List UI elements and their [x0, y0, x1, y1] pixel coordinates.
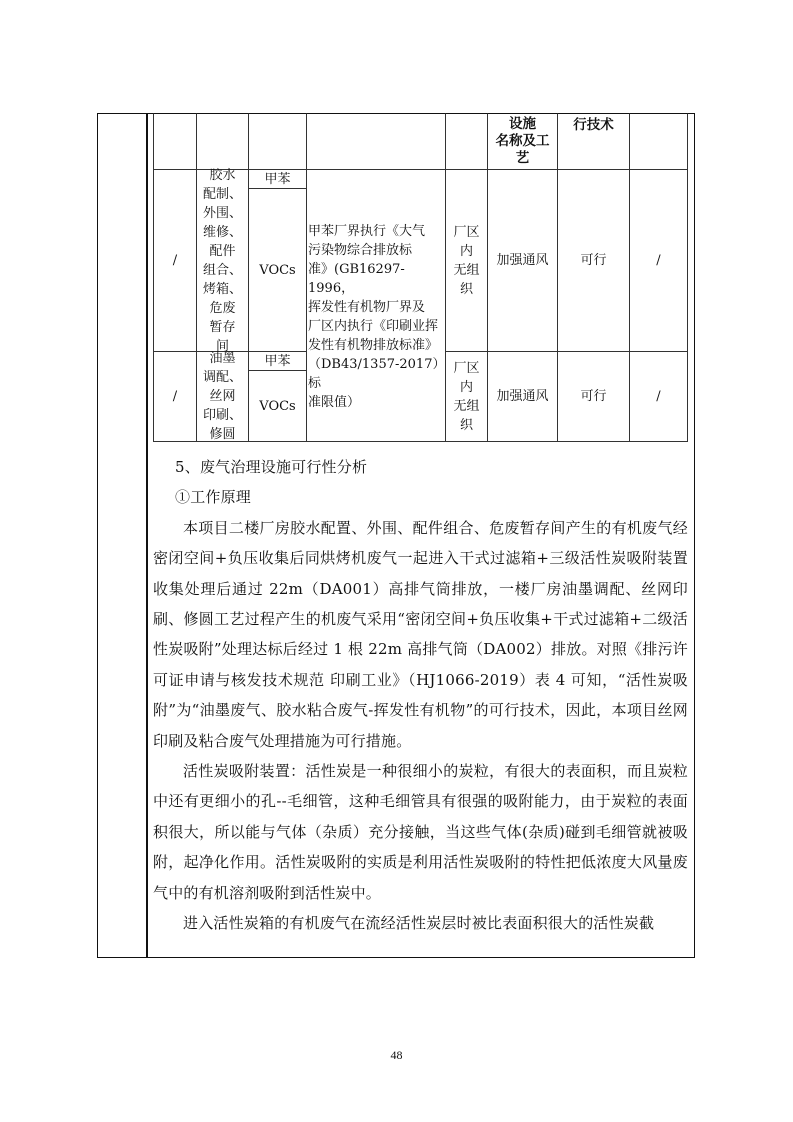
row2-index: /	[153, 352, 197, 442]
row1-pollutant-toluene: 甲苯	[249, 170, 307, 189]
row2-last: /	[630, 352, 688, 442]
row2-source-type: 厂区 内 无组 织	[446, 352, 488, 442]
page-number: 48	[0, 1048, 793, 1063]
header-cell-1	[153, 113, 197, 170]
row2-feasible: 可行	[558, 352, 630, 442]
emission-control-table: 设施 名称及工 艺 行技术 / 胶水 配制、 外围、 维修、 配件 组合、 烤箱…	[153, 113, 688, 442]
header-facility-name: 设施 名称及工 艺	[488, 113, 558, 170]
row1-process: 胶水 配制、 外围、 维修、 配件 组合、 烤箱、 危废 暂存 间	[197, 170, 249, 352]
row2-process: 油墨 调配、 丝网 印刷、 修圆	[197, 352, 249, 442]
row1-feasible: 可行	[558, 170, 630, 352]
row2-pollutant-vocs: VOCs	[249, 371, 307, 442]
row2-measure: 加强通风	[488, 352, 558, 442]
header-cell-4	[307, 113, 446, 170]
row1-measure: 加强通风	[488, 170, 558, 352]
paragraph-activated-carbon: 活性炭吸附装置：活性炭是一种很细小的炭粒，有很大的表面积，而且炭粒中还有更细小的…	[153, 756, 688, 908]
analysis-section: 5、废气治理设施可行性分析 ①工作原理 本项目二楼厂房胶水配置、外围、配件组合、…	[153, 452, 688, 939]
row1-last: /	[630, 170, 688, 352]
header-feasible-tech: 行技术	[558, 113, 630, 170]
emission-standard-cell: 甲苯厂界执行《大气 污染物综合排放标 准》(GB16297-1996， 挥发性有…	[307, 170, 446, 442]
row1-pollutant-vocs: VOCs	[249, 189, 307, 352]
header-cell-2	[197, 113, 249, 170]
paragraph-process-description: 本项目二楼厂房胶水配置、外围、配件组合、危废暂存间产生的有机废气经密闭空间+负压…	[153, 513, 688, 756]
row1-source-type: 厂区 内 无组 织	[446, 170, 488, 352]
row1-index: /	[153, 170, 197, 352]
header-cell-8	[630, 113, 688, 170]
paragraph-carbon-box: 进入活性炭箱的有机废气在流经活性炭层时被比表面积很大的活性炭截	[153, 908, 688, 938]
subheading-working-principle: ①工作原理	[153, 482, 688, 512]
section-heading: 5、废气治理设施可行性分析	[153, 452, 688, 482]
frame-left-column-divider	[146, 113, 148, 958]
header-cell-5	[446, 113, 488, 170]
emission-standard-text: 甲苯厂界执行《大气 污染物综合排放标 准》(GB16297-1996， 挥发性有…	[308, 222, 445, 412]
header-cell-3	[249, 113, 307, 170]
row2-pollutant-toluene: 甲苯	[249, 352, 307, 371]
